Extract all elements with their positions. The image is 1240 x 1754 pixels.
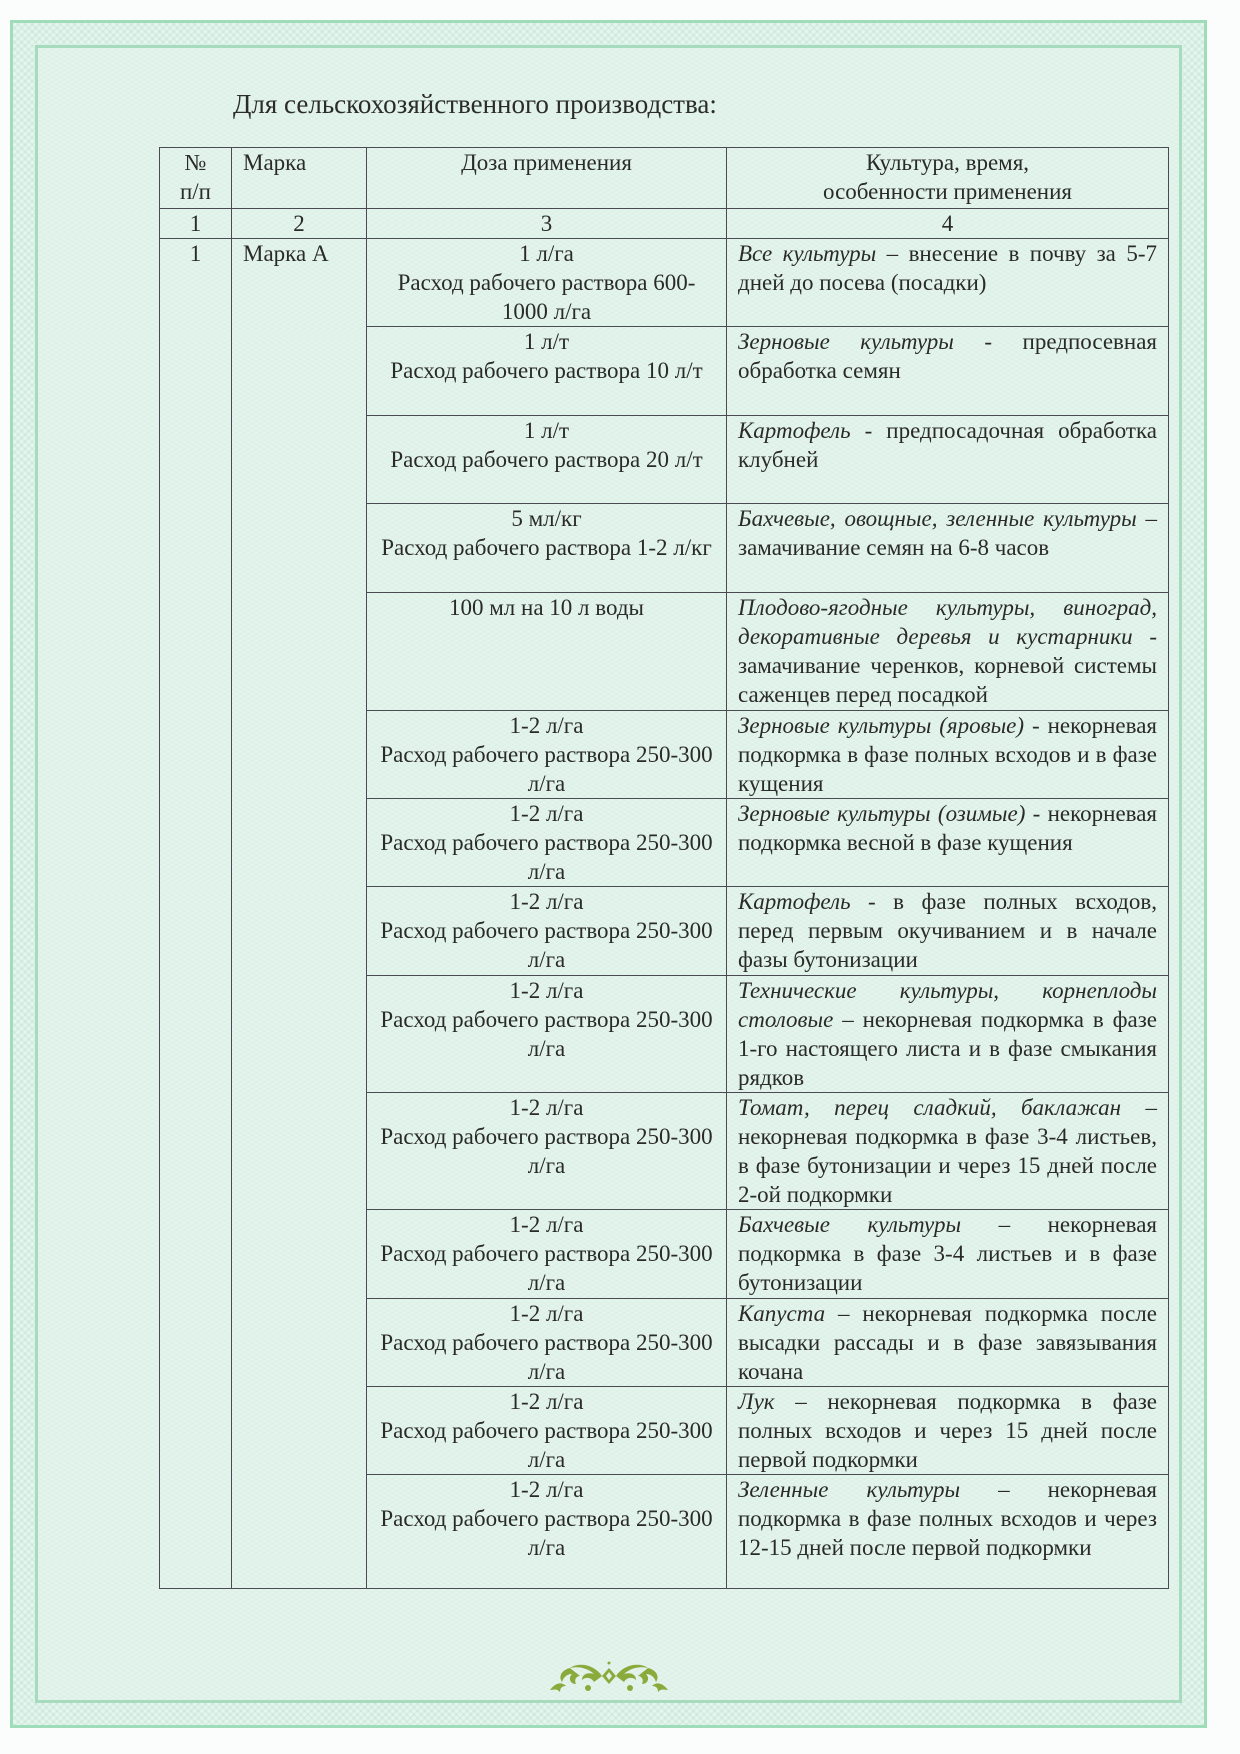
header-crop: Культура, время, особенности применения xyxy=(727,148,1169,209)
header-crop-line: Культура, время, xyxy=(738,148,1157,177)
dose-cell: 1-2 л/гаРасход рабочего раствора 250-300… xyxy=(367,887,727,976)
crop-name: Лук xyxy=(738,1389,775,1414)
crop-cell: Зерновые культуры (озимые) - некорневая … xyxy=(727,799,1169,887)
dose-line: Расход рабочего раствора 250-300 л/га xyxy=(378,740,715,798)
dose-line: 1-2 л/га xyxy=(378,1299,715,1328)
dose-line: 1-2 л/га xyxy=(378,1210,715,1239)
crop-cell: Капуста – некорневая подкормка после выс… xyxy=(727,1299,1169,1387)
dose-line: 1 л/т xyxy=(378,327,715,356)
mark-cell: Марка А xyxy=(232,239,367,1589)
dose-line: 1-2 л/га xyxy=(378,1387,715,1416)
dose-cell: 1-2 л/гаРасход рабочего раствора 250-300… xyxy=(367,1299,727,1387)
header-num: № п/п xyxy=(160,148,232,209)
crop-cell: Лук – некорневая подкормка в фазе полных… xyxy=(727,1387,1169,1475)
dose-cell: 1-2 л/гаРасход рабочего раствора 250-300… xyxy=(367,976,727,1093)
dose-line: Расход рабочего раствора 1-2 л/кг xyxy=(378,533,715,562)
dose-line: 1-2 л/га xyxy=(378,799,715,828)
dose-cell: 100 мл на 10 л воды xyxy=(367,593,727,711)
crop-cell: Картофель - предпосадочная обработка клу… xyxy=(727,416,1169,504)
column-number: 2 xyxy=(232,209,367,239)
dose-line: Расход рабочего раствора 10 л/т xyxy=(378,356,715,385)
crop-name: Капуста xyxy=(738,1301,825,1326)
dose-cell: 1 л/тРасход рабочего раствора 10 л/т xyxy=(367,327,727,416)
dose-line: 1 л/т xyxy=(378,416,715,445)
crop-cell: Картофель - в фазе полных всходов, перед… xyxy=(727,887,1169,976)
crop-cell: Все культуры – внесение в почву за 5-7 д… xyxy=(727,239,1169,327)
crop-name: Томат, перец сладкий, баклажан xyxy=(738,1095,1121,1120)
dose-line: Расход рабочего раствора 600-1000 л/га xyxy=(378,268,715,326)
header-crop-line: особенности применения xyxy=(738,177,1157,206)
dose-line: Расход рабочего раствора 250-300 л/га xyxy=(378,1328,715,1386)
crop-name: Зерновые культуры xyxy=(738,329,954,354)
column-number: 4 xyxy=(727,209,1169,239)
table-row: 1Марка А1 л/гаРасход рабочего раствора 6… xyxy=(160,239,1169,327)
dose-line: Расход рабочего раствора 20 л/т xyxy=(378,445,715,474)
dose-cell: 1-2 л/гаРасход рабочего раствора 250-300… xyxy=(367,1093,727,1210)
dose-line: Расход рабочего раствора 250-300 л/га xyxy=(378,1122,715,1180)
section-title: Для сельскохозяйственного производства: xyxy=(233,88,717,120)
dose-line: Расход рабочего раствора 250-300 л/га xyxy=(378,828,715,886)
dose-line: 1-2 л/га xyxy=(378,711,715,740)
crop-name: Картофель xyxy=(738,889,851,914)
crop-name: Зерновые культуры (яровые) xyxy=(738,713,1024,738)
dose-line: 1 л/га xyxy=(378,239,715,268)
column-number: 3 xyxy=(367,209,727,239)
header-num-line: № xyxy=(171,148,220,177)
column-number: 1 xyxy=(160,209,232,239)
dose-cell: 1-2 л/гаРасход рабочего раствора 250-300… xyxy=(367,799,727,887)
crop-name: Бахчевые культуры xyxy=(738,1212,961,1237)
crop-cell: Зерновые культуры - предпосевная обработ… xyxy=(727,327,1169,416)
dose-line: Расход рабочего раствора 250-300 л/га xyxy=(378,1416,715,1474)
dose-cell: 1-2 л/гаРасход рабочего раствора 250-300… xyxy=(367,711,727,799)
row-number: 1 xyxy=(160,239,232,1589)
crop-name: Все культуры xyxy=(738,241,876,266)
dose-cell: 1-2 л/гаРасход рабочего раствора 250-300… xyxy=(367,1210,727,1299)
crop-name: Зерновые культуры (озимые) xyxy=(738,801,1025,826)
dose-line: 1-2 л/га xyxy=(378,1093,715,1122)
crop-cell: Бахчевые культуры – некорневая подкормка… xyxy=(727,1210,1169,1299)
header-num-line: п/п xyxy=(171,177,220,206)
dose-line: Расход рабочего раствора 250-300 л/га xyxy=(378,1504,715,1562)
crop-usage: – некорневая подкормка в фазе полных всх… xyxy=(738,1389,1157,1472)
dose-cell: 1-2 л/гаРасход рабочего раствора 250-300… xyxy=(367,1475,727,1589)
crop-cell: Технические культуры, корнеплоды столовы… xyxy=(727,976,1169,1093)
dose-cell: 1 л/тРасход рабочего раствора 20 л/т xyxy=(367,416,727,504)
crop-cell: Бахчевые, овощные, зеленные культуры – з… xyxy=(727,504,1169,593)
dose-line: 1-2 л/га xyxy=(378,976,715,1005)
crop-cell: Зерновые культуры (яровые) - некорневая … xyxy=(727,711,1169,799)
dose-line: Расход рабочего раствора 250-300 л/га xyxy=(378,1239,715,1297)
dose-line: 1-2 л/га xyxy=(378,887,715,916)
crop-name: Бахчевые, овощные, зеленные культуры xyxy=(738,506,1137,531)
crop-name: Плодово-ягодные культуры, виноград, деко… xyxy=(738,595,1157,649)
crop-name: Зеленные культуры xyxy=(738,1477,960,1502)
dose-line: 1-2 л/га xyxy=(378,1475,715,1504)
floral-ornament-icon xyxy=(548,1660,670,1696)
table-header-row: № п/п Марка Доза применения Культура, вр… xyxy=(160,148,1169,209)
dose-cell: 1-2 л/гаРасход рабочего раствора 250-300… xyxy=(367,1387,727,1475)
column-number-row: 1 2 3 4 xyxy=(160,209,1169,239)
header-dose: Доза применения xyxy=(367,148,727,209)
crop-cell: Плодово-ягодные культуры, виноград, деко… xyxy=(727,593,1169,711)
crop-cell: Зеленные культуры – некорневая подкормка… xyxy=(727,1475,1169,1589)
application-table: № п/п Марка Доза применения Культура, вр… xyxy=(159,147,1169,1589)
dose-cell: 5 мл/кгРасход рабочего раствора 1-2 л/кг xyxy=(367,504,727,593)
crop-name: Картофель xyxy=(738,418,851,443)
crop-cell: Томат, перец сладкий, баклажан – некорне… xyxy=(727,1093,1169,1210)
dose-line: 100 мл на 10 л воды xyxy=(378,593,715,622)
dose-line: Расход рабочего раствора 250-300 л/га xyxy=(378,1005,715,1063)
dose-line: Расход рабочего раствора 250-300 л/га xyxy=(378,916,715,974)
dose-line: 5 мл/кг xyxy=(378,504,715,533)
dose-cell: 1 л/гаРасход рабочего раствора 600-1000 … xyxy=(367,239,727,327)
header-mark: Марка xyxy=(232,148,367,209)
